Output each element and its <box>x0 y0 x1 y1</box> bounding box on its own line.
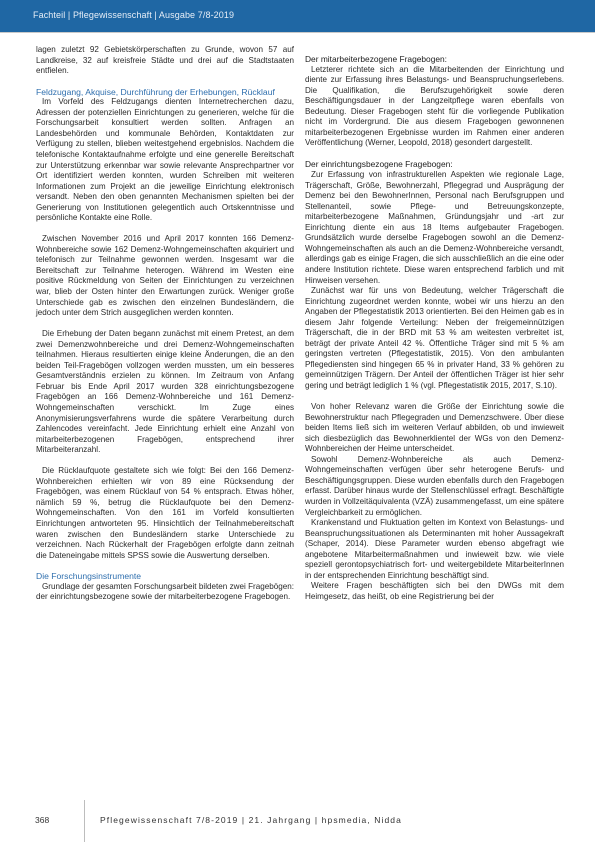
left-column: lagen zuletzt 92 Gebietskörperschaften z… <box>36 45 294 603</box>
paragraph: Grundlage der gesamten Forschungsarbeit … <box>36 582 294 603</box>
intro-paragraph: lagen zuletzt 92 Gebietskörperschaften z… <box>36 45 294 77</box>
subheading-mitarbeiterbezogen: Der mitarbeiterbezogene Fragebogen: <box>305 54 564 65</box>
page-number: 368 <box>35 815 49 825</box>
subheading-einrichtungsbezogen: Der einrichtungsbezogene Fragebogen: <box>305 159 564 170</box>
right-column: Der mitarbeiterbezogene Fragebogen: Letz… <box>305 54 564 602</box>
footer-journal-info: Pflegewissenschaft 7/8-2019 | 21. Jahrga… <box>100 815 402 825</box>
paragraph: Zunächst war für uns von Bedeutung, welc… <box>305 286 564 391</box>
paragraph: Letzterer richtete sich an die Mitarbeit… <box>305 65 564 149</box>
paragraph: Zur Erfassung von infrastrukturellen Asp… <box>305 170 564 286</box>
paragraph: Sowohl Demenz-Wohnbereiche als auch Deme… <box>305 455 564 518</box>
paragraph: Weitere Fragen beschäftigten sich bei de… <box>305 581 564 602</box>
paragraph: Von hoher Relevanz waren die Größe der E… <box>305 402 564 455</box>
section-heading-feldzugang: Feldzugang, Akquise, Durchführung der Er… <box>36 87 294 98</box>
paragraph: Im Vorfeld des Feldzugangs dienten Inter… <box>36 97 294 224</box>
header-band: Fachteil | Pflegewissenschaft | Ausgabe … <box>0 0 595 33</box>
paragraph: Die Erhebung der Daten begann zunächst m… <box>36 329 294 456</box>
paragraph: Zwischen November 2016 und April 2017 ko… <box>36 234 294 318</box>
paragraph: Krankenstand und Fluktuation gelten im K… <box>305 518 564 581</box>
footer-divider <box>84 800 85 842</box>
section-heading-forschungsinstrumente: Die Forschungsinstrumente <box>36 571 294 582</box>
running-header: Fachteil | Pflegewissenschaft | Ausgabe … <box>33 10 234 20</box>
paragraph: Die Rücklaufquote gestaltete sich wie fo… <box>36 466 294 561</box>
